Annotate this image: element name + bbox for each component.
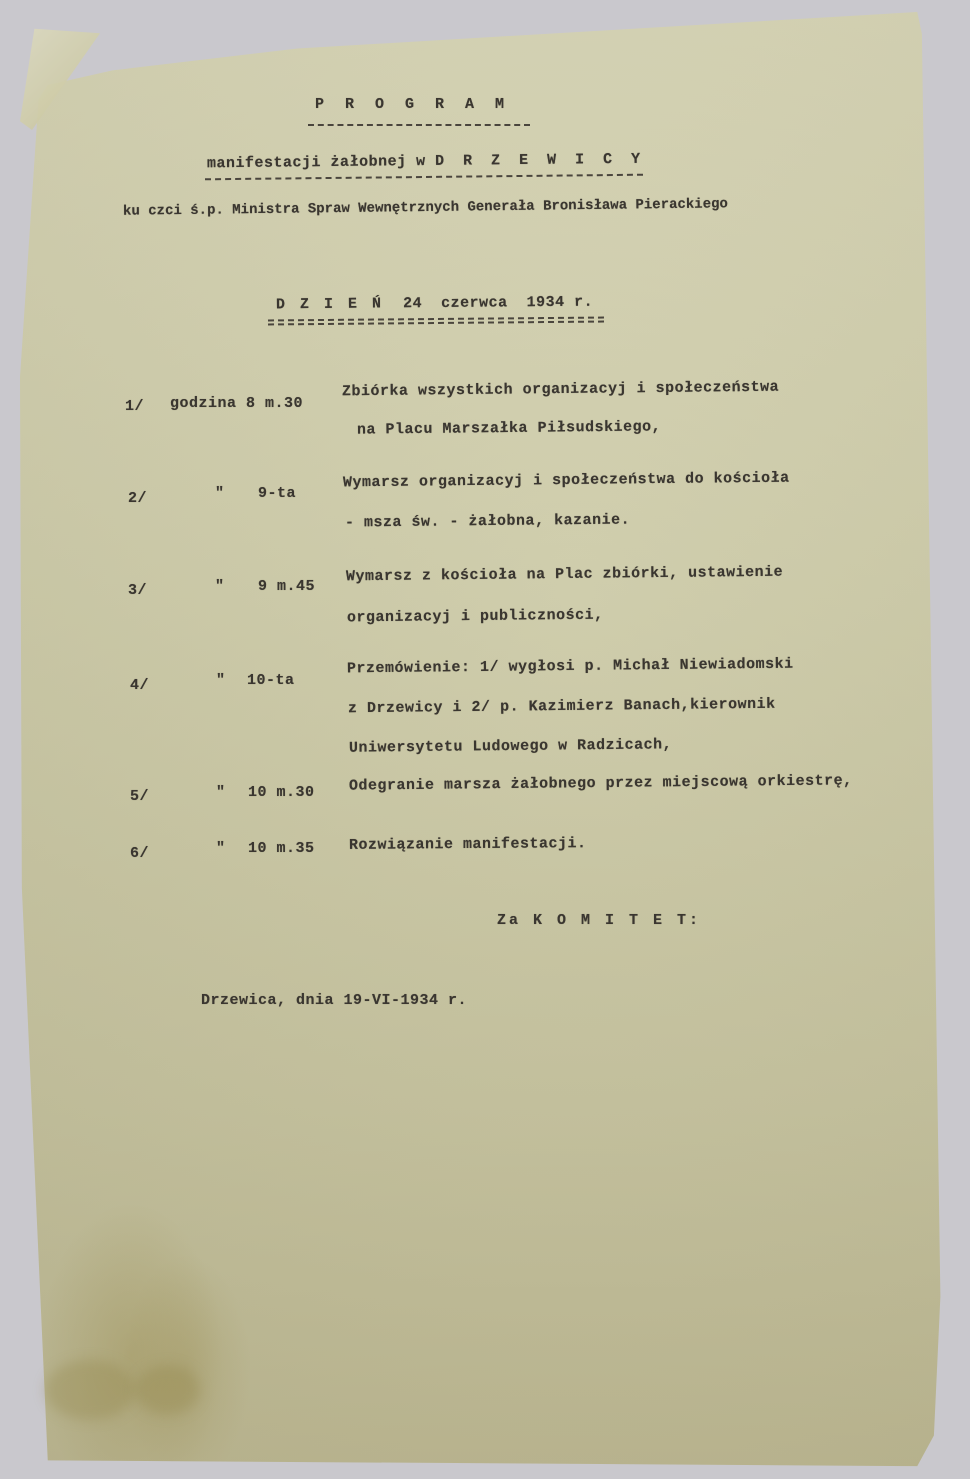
item-text-line: Uniwersytetu Ludowego w Radzicach, [349,736,672,756]
item-text-line: Rozwiązanie manifestacji. [349,835,587,854]
water-stain [135,1365,200,1415]
day-line: D Z I E Ń 24 czerwca 1934 r. [276,294,593,314]
item-text-line: organizacyj i publiczności, [347,607,604,627]
signature-committee: Za K O M I T E T: [497,912,701,929]
item-number: 5/ [130,788,149,805]
item-number: 3/ [128,582,147,599]
item-time-value: 10 m.35 [248,840,315,857]
day-month: czerwca [441,294,508,312]
item-time-prefix: godzina [170,395,237,412]
water-stain [45,1360,135,1420]
item-number: 6/ [130,845,149,862]
item-time-prefix: " [215,578,225,595]
document-title: P R O G R A M [315,96,510,113]
item-time-prefix: " [216,672,226,689]
item-number: 2/ [128,490,147,507]
day-year: 1934 r. [527,294,594,312]
item-time-value: 10-ta [247,672,295,689]
item-number: 1/ [125,398,144,415]
place-date: Drzewica, dnia 19-VI-1934 r. [201,992,467,1009]
item-text-line: na Placu Marszałka Piłsudskiego, [357,418,661,438]
item-time-value: 9-ta [258,485,296,502]
item-time-value: 10 m.30 [248,784,315,801]
item-time: godzina 8 m.30 [170,395,303,412]
day-label: D Z I E Ń [276,295,384,313]
day-number: 24 [403,295,422,312]
item-time-value: 8 m.30 [246,395,303,412]
subtitle-place: D R Z E W I C Y [435,151,645,170]
item-time-prefix: " [215,485,225,502]
title-underline [308,124,530,126]
item-time-prefix: " [216,784,226,801]
item-number: 4/ [130,677,149,694]
item-time-prefix: " [216,840,226,857]
item-time-value: 9 m.45 [258,578,315,595]
item-text-line: - msza św. - żałobna, kazanie. [345,512,630,532]
subtitle-prefix: manifestacji żałobnej w [207,153,426,172]
